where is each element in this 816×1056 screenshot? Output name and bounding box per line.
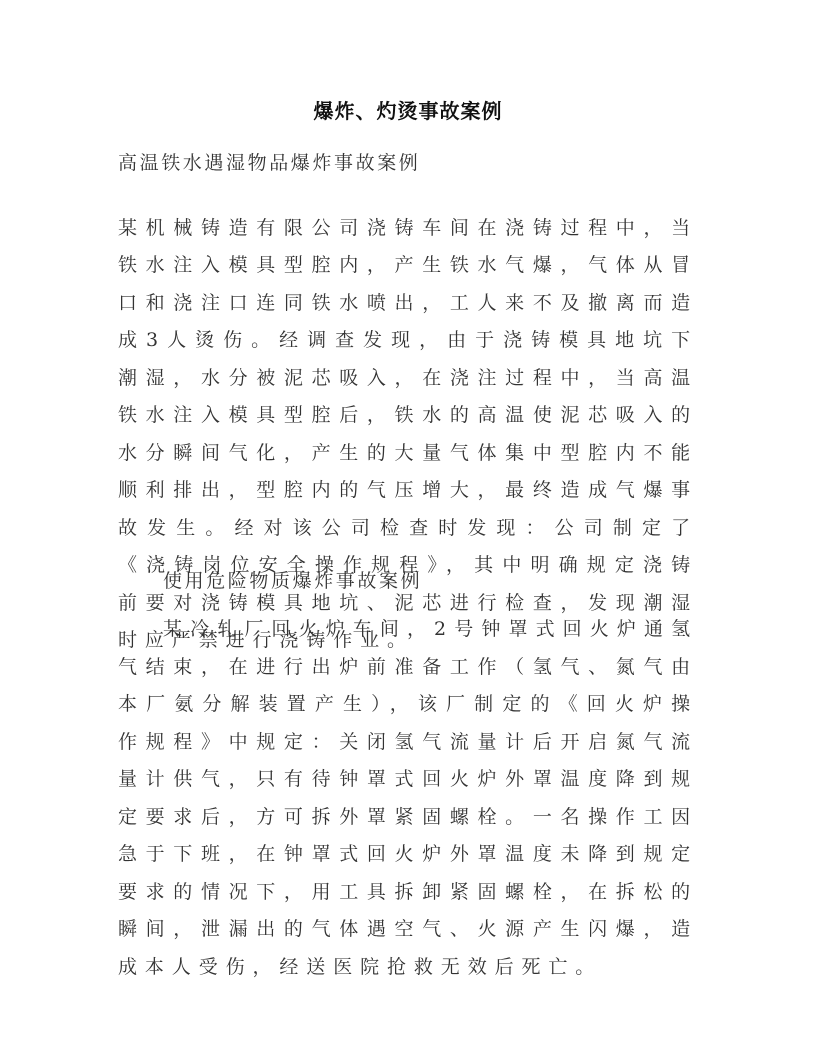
document-title: 爆炸、灼烫事故案例 (118, 95, 698, 124)
section-heading-hazardous-material: 使用危险物质爆炸事故案例 (163, 566, 422, 593)
paragraph-text: 某冷轧厂回火炉车间，2号钟罩式回火炉通氢气结束，在进行出炉前准备工作（氢气、氮气… (118, 618, 698, 978)
section-heading-hot-iron: 高温铁水遇湿物品爆炸事故案例 (118, 148, 420, 175)
section-paragraph-hazardous-material: 某冷轧厂回火炉车间，2号钟罩式回火炉通氢气结束，在进行出炉前准备工作（氢气、氮气… (118, 611, 698, 986)
